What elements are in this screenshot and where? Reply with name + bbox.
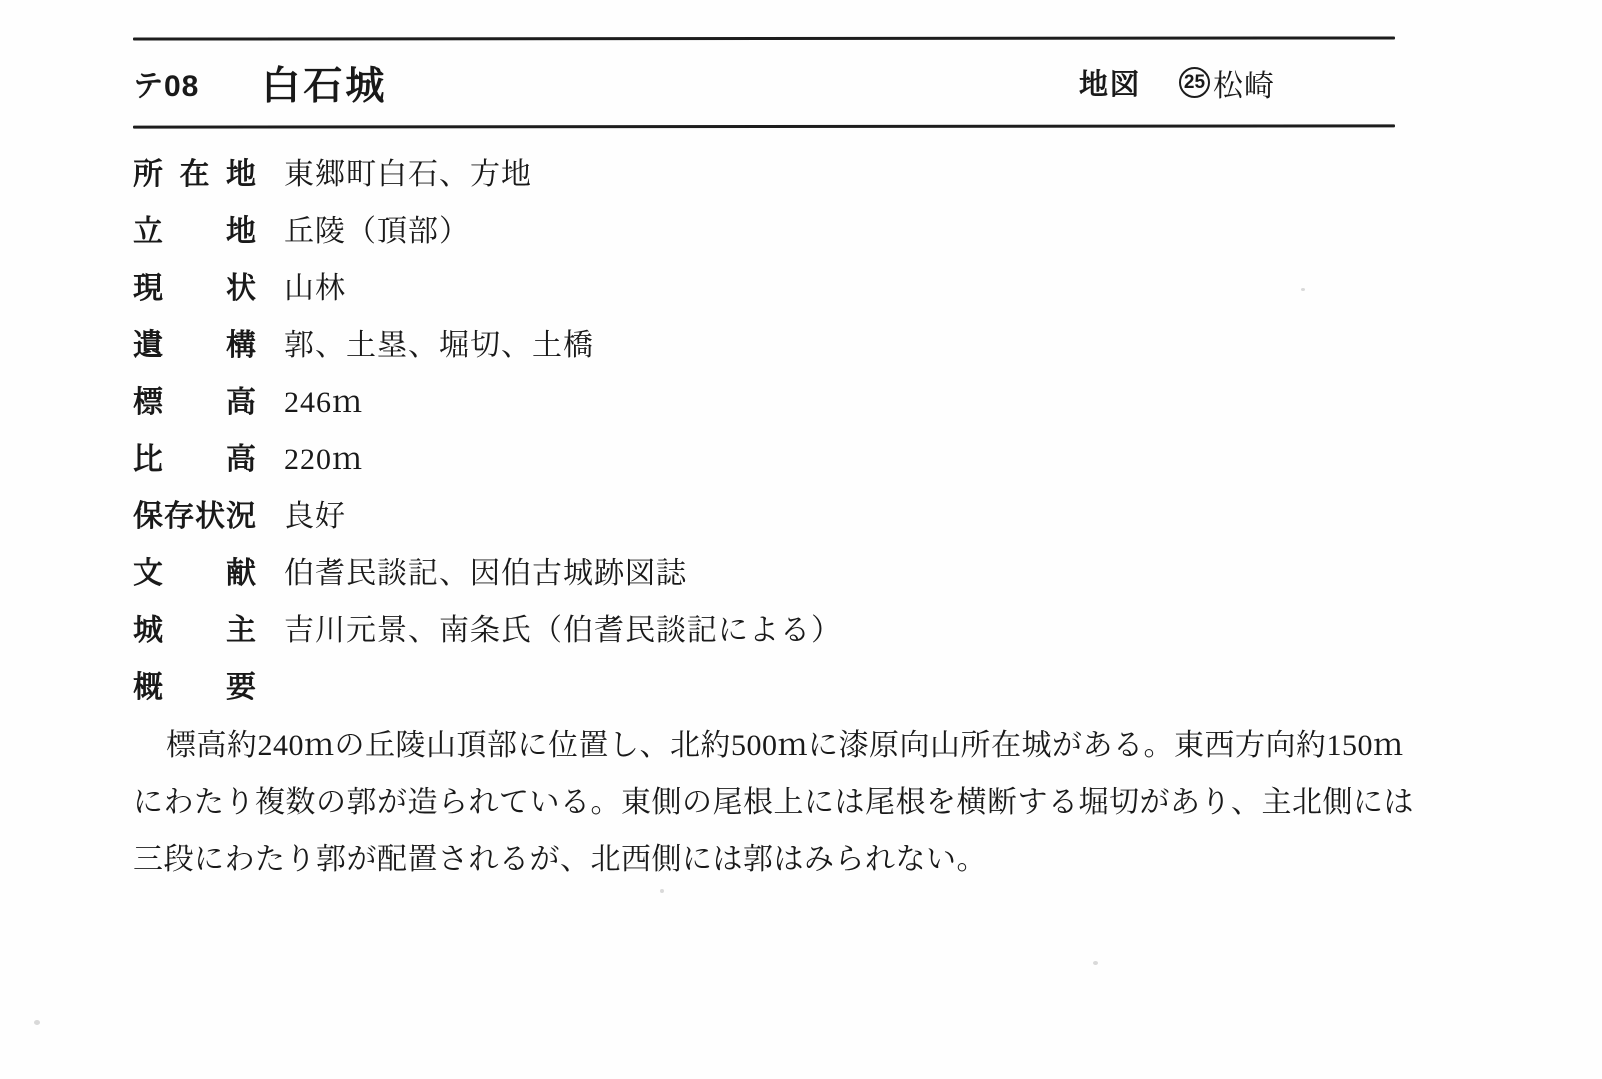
- field-row: 概要: [133, 655, 1395, 712]
- scanned-document-page: テ08 白石城 地図 25 松崎 所在地 東郷町白石、方地 立地 丘陵（頂部） …: [0, 0, 1602, 1079]
- circled-number-icon: 25: [1179, 67, 1210, 98]
- scan-speck: [34, 1020, 40, 1025]
- field-label: 現状: [133, 263, 256, 307]
- field-label: 立地: [133, 206, 256, 250]
- field-row: 標高 246ｍ: [133, 370, 1395, 427]
- map-label: 地図: [1079, 62, 1141, 103]
- field-row: 現状 山林: [133, 256, 1395, 313]
- document-header: テ08 白石城 地図 25 松崎: [133, 40, 1395, 125]
- field-value: 山林: [284, 263, 346, 307]
- map-name: 松崎: [1213, 61, 1275, 105]
- header-rule: [133, 124, 1395, 128]
- field-value: 220ｍ: [284, 434, 363, 478]
- field-row: 所在地 東郷町白石、方地: [133, 142, 1395, 199]
- fields-list: 所在地 東郷町白石、方地 立地 丘陵（頂部） 現状 山林 遺構 郭、土塁、堀切、…: [133, 142, 1395, 712]
- field-label: 保存状況: [133, 491, 256, 535]
- scan-speck: [1093, 961, 1098, 965]
- field-value: 伯耆民談記、因伯古城跡図誌: [284, 548, 687, 592]
- overview-paragraph: 標高約240ｍの丘陵山頂部に位置し、北約500ｍに漆原向山所在城がある。東西方向…: [133, 717, 1395, 888]
- field-value: 良好: [284, 491, 346, 535]
- field-label: 標高: [133, 377, 256, 421]
- field-value: 246ｍ: [284, 377, 363, 421]
- header-left: テ08 白石城: [133, 55, 387, 111]
- scan-speck: [660, 889, 664, 893]
- field-value: 丘陵（頂部）: [284, 206, 470, 250]
- field-row: 文献 伯耆民談記、因伯古城跡図誌: [133, 541, 1395, 598]
- field-value: 郭、土塁、堀切、土橋: [284, 320, 594, 364]
- scan-speck: [1301, 288, 1305, 291]
- field-value: 吉川元景、南条氏（伯耆民談記による）: [284, 605, 842, 649]
- field-row: 比高 220ｍ: [133, 427, 1395, 484]
- field-row: 城主 吉川元景、南条氏（伯耆民談記による）: [133, 598, 1395, 655]
- field-label: 比高: [133, 434, 256, 478]
- field-label: 概要: [133, 662, 256, 706]
- doc-id: テ08: [133, 61, 199, 105]
- field-row: 遺構 郭、土塁、堀切、土橋: [133, 313, 1395, 370]
- field-row: 立地 丘陵（頂部）: [133, 199, 1395, 256]
- page-title: 白石城: [261, 55, 387, 111]
- field-label: 文献: [133, 548, 256, 592]
- field-label: 城主: [133, 605, 256, 649]
- overview-paragraph-line: にわたり複数の郭が造られている。東側の尾根上には尾根を横断する堀切があり、主北側…: [133, 774, 1395, 831]
- field-value: 東郷町白石、方地: [284, 149, 532, 193]
- field-label: 所在地: [133, 149, 256, 193]
- page-content: テ08 白石城 地図 25 松崎 所在地 東郷町白石、方地 立地 丘陵（頂部） …: [133, 0, 1395, 888]
- field-row: 保存状況 良好: [133, 484, 1395, 541]
- overview-paragraph-line: 三段にわたり郭が配置されるが、北西側には郭はみられない。: [133, 831, 1395, 888]
- field-label: 遺構: [133, 320, 256, 364]
- map-reference: 地図 25 松崎: [1079, 61, 1395, 105]
- overview-paragraph-line: 標高約240ｍの丘陵山頂部に位置し、北約500ｍに漆原向山所在城がある。東西方向…: [133, 717, 1395, 774]
